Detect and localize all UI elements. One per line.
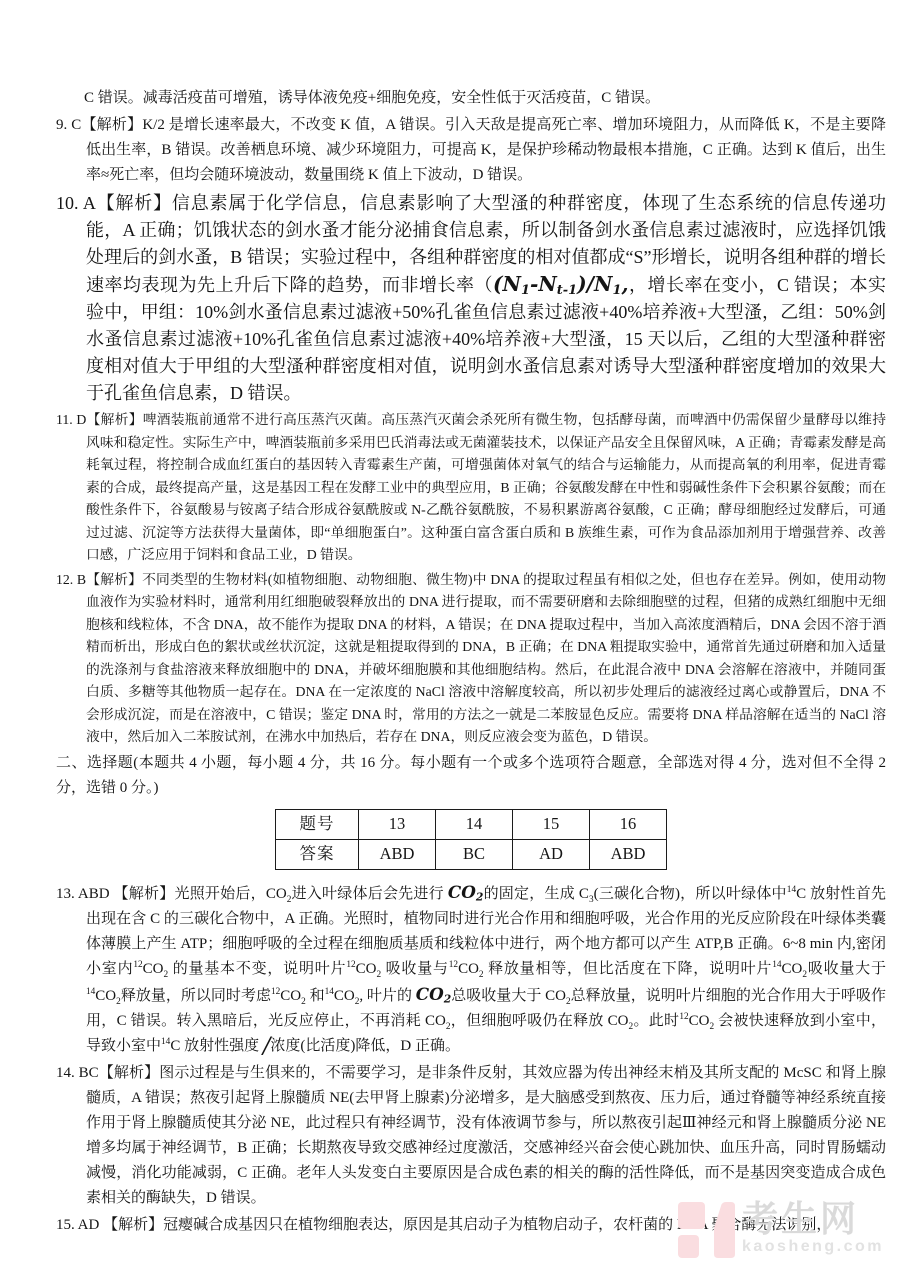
watermark-text-block: 考生网 kaosheng.com: [742, 1200, 884, 1256]
kaosheng-watermark: 考生网 kaosheng.com: [678, 1200, 884, 1265]
answer-item-13: 13. ABD 【解析】光照开始后，CO2进入叶绿体后会先进行 CO2的固定，生…: [56, 880, 886, 1059]
kaosheng-logo-icon: [678, 1200, 736, 1265]
answer-item-11: 11. D【解析】啤酒装瓶前通常不进行高压蒸汽灭菌。高压蒸汽灭菌会杀死所有微生物…: [56, 409, 886, 567]
answer-table-cell: 13: [359, 809, 436, 839]
answer-table-cell: 16: [590, 809, 667, 839]
answer-table-cell: AD: [513, 839, 590, 869]
watermark-site-url: kaosheng.com: [742, 1238, 884, 1256]
answer-table-cell: BC: [436, 839, 513, 869]
answer-table-cell: 14: [436, 809, 513, 839]
document-page: C 错误。减毒活疫苗可增殖，诱导体液免疫+细胞免疫，安全性低于灭活疫苗，C 错误…: [0, 0, 900, 1273]
continuation-paragraph: C 错误。减毒活疫苗可增殖，诱导体液免疫+细胞免疫，安全性低于灭活疫苗，C 错误…: [56, 86, 886, 111]
answer-table-header-cell: 题号: [276, 809, 359, 839]
answer-table-cell: ABD: [359, 839, 436, 869]
answer-table-header-cell: 答案: [276, 839, 359, 869]
answer-table-cell: ABD: [590, 839, 667, 869]
answer-item-9: 9. C【解析】K/2 是增长速率最大，不改变 K 值，A 错误。引入天敌是提高…: [56, 113, 886, 188]
answer-table: 题号 13 14 15 16 答案 ABD BC AD ABD: [275, 809, 667, 870]
section-2-title: 二、选择题(本题共 4 小题，每小题 4 分，共 16 分。每小题有一个或多个选…: [56, 751, 886, 801]
answer-item-12: 12. B【解析】不同类型的生物材料(如植物细胞、动物细胞、微生物)中 DNA …: [56, 569, 886, 749]
answer-table-row-numbers: 题号 13 14 15 16: [276, 809, 667, 839]
watermark-site-name: 考生网: [742, 1200, 859, 1238]
answer-key-content: C 错误。减毒活疫苗可增殖，诱导体液免疫+细胞免疫，安全性低于灭活疫苗，C 错误…: [56, 86, 886, 1240]
answer-table-row-answers: 答案 ABD BC AD ABD: [276, 839, 667, 869]
answer-table-cell: 15: [513, 809, 590, 839]
answer-item-14: 14. BC【解析】图示过程是与生俱来的，不需要学习，是非条件反射，其效应器为传…: [56, 1061, 886, 1211]
answer-item-10: 10. A【解析】信息素属于化学信息，信息素影响了大型溞的种群密度，体现了生态系…: [56, 190, 886, 407]
